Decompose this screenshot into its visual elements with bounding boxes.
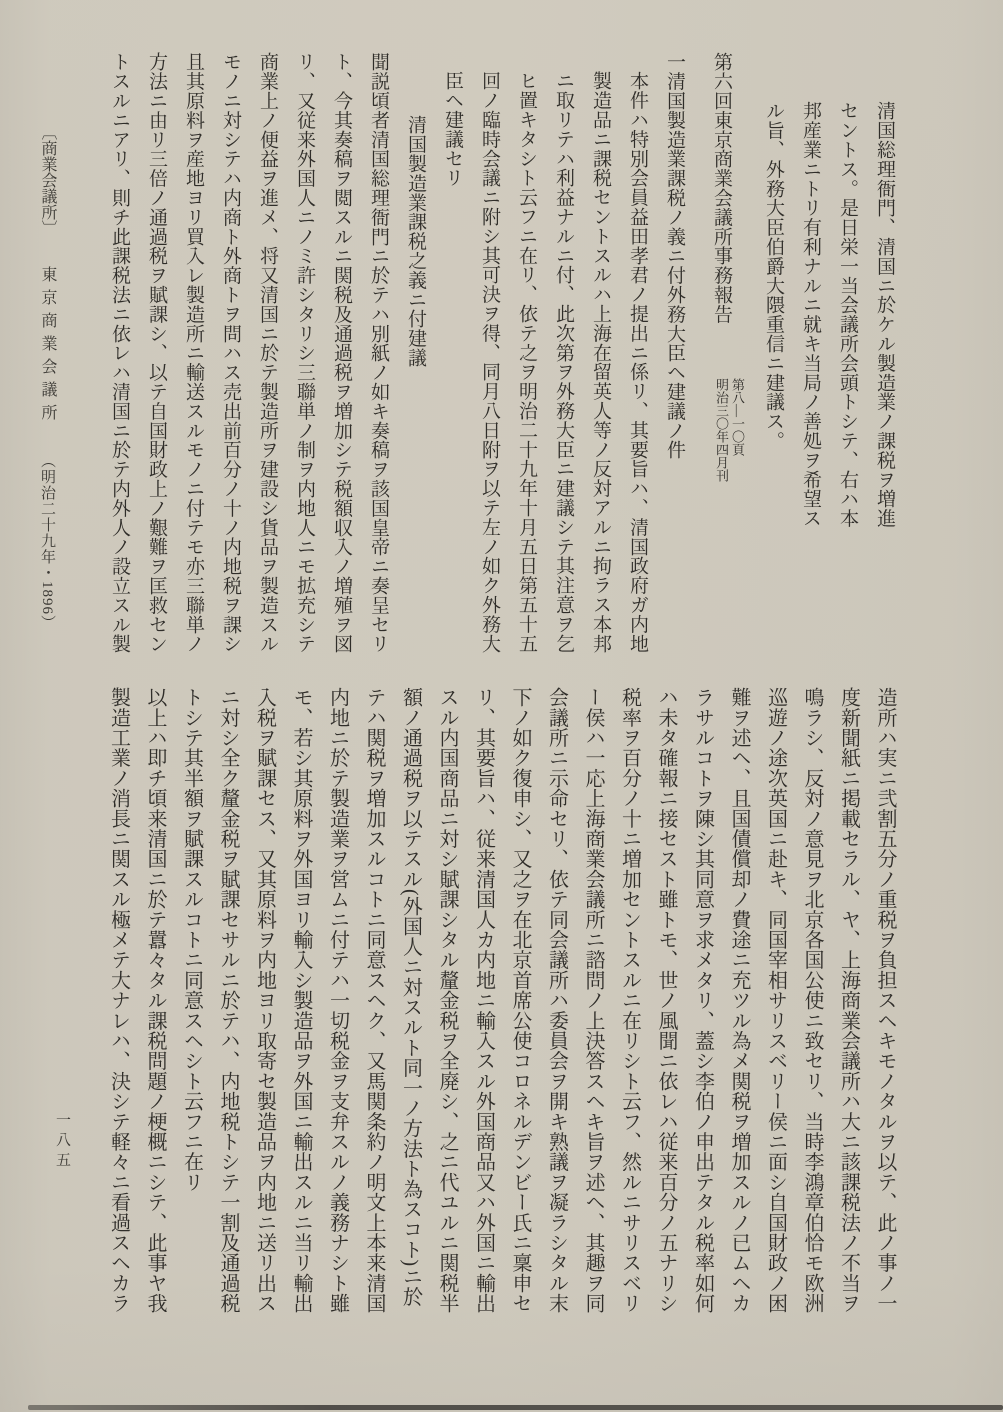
text-column: 邦産業ニトリ有利ナルニ就キ当局ノ善処ヲ希望ス [792, 52, 829, 653]
text-column: 方法ニ由リ三倍ノ通過税ヲ賦課シ、以テ自国財政上ノ艱難ヲ匡救セン [138, 52, 175, 653]
margin-label-source: 〔商業会議所〕 [39, 124, 56, 236]
text-column: リ、其要旨ハ、従来清国人カ内地ニ輸入スル外国商品又ハ外国ニ輸出 [465, 687, 502, 1313]
text-column: 造所ハ実ニ弐割五分ノ重税ヲ負担スヘキモノタルヲ以テ、此ノ事ノ一 [867, 687, 904, 1313]
text-column: 度新聞紙ニ掲載セラル、ヤ、上海商業会議所ハ大ニ該課税法ノ不当ヲ [830, 687, 867, 1313]
text-column: ニ取リテハ利益ナルニ付、此次第ヲ外務大臣ニ建議シテ其注意ヲ乞 [545, 52, 582, 653]
text-column: 且其原料ヲ産地ヨリ買入レ製造所ニ輸送スルモノニ付テモ亦三聯単ノ [175, 52, 212, 653]
text-column: 商業上ノ便益ヲ進メ、将又清国ニ於テ製造所ヲ建設シ貨品ヲ製造スル [249, 52, 286, 653]
text-column: 一清国製造業課税ノ義ニ付外務大臣ヘ建議ノ件 [656, 52, 693, 653]
text-column: 回ノ臨時会議ニ附シ其可決ヲ得、同月八日附ヲ以テ左ノ如ク外務大 [471, 52, 508, 653]
text-column: 巡遊ノ途次英国ニ赴キ、同国宰相サリスベリー侯ニ面シ自国財政ノ困 [757, 687, 794, 1313]
text-column: テハ関税ヲ増加スルコトニ同意スヘク、又馬関条約ノ明文上本来清国 [356, 687, 393, 1313]
margin-label-organization: 東京商業会議所 [39, 266, 56, 427]
text-column: トスルニアリ、則チ此課税法ニ依レハ清国ニ於テ内外人ノ設立スル製 [101, 52, 138, 653]
page-number: 一八五 [52, 1112, 73, 1172]
text-column: リ、又従来外国人ニノミ許シタリシ三聯単ノ制ヲ内地人ニモ拡充シテ [286, 52, 323, 653]
top-text-block: 清国総理衙門、清国ニ於ケル製造業ノ課税ヲ増進セントス。是日栄一当会議所会頭トシテ… [101, 52, 903, 653]
text-column: 難ヲ述ヘ、且国債償却ノ費途ニ充ツル為メ関税ヲ増加スルノ已ムヘカ [721, 687, 758, 1313]
text-column: ラサルコトヲ陳シ其同意ヲ求メタリ、蓋シ李伯ノ申出テタル税率如何 [684, 687, 721, 1313]
text-column: 製造品ニ課税セントスルハ上海在留英人等ノ反対アルニ拘ラス本邦 [582, 52, 619, 653]
publication-note: 第八―一〇頁明治三〇年四月刊 [713, 378, 745, 482]
bottom-text-block: 造所ハ実ニ弐割五分ノ重税ヲ負担スヘキモノタルヲ以テ、此ノ事ノ一度新聞紙ニ掲載セラ… [100, 687, 903, 1313]
text-column: 第六回東京商業会議所事務報告第八―一〇頁明治三〇年四月刊 [703, 52, 745, 653]
text-column: 本件ハ特別会員益田孝君ノ提出ニ係リ、其要旨ハ、清国政府ガ内地 [619, 52, 656, 653]
margin-label: 〔商業会議所〕東京商業会議所（明治二十九年・1896） [36, 124, 59, 631]
text-column: 会議所ニ示命セリ、依テ同会議所ハ委員会ヲ開キ熟議ヲ凝ラシタル末 [538, 687, 575, 1313]
text-column: 額ノ通過税ヲ以テスル(外国人ニ対スルト同一ノ方法ト為スコト)ニ於 [392, 687, 429, 1313]
text-column: トシテ其半額ヲ賦課スルコトニ同意スヘシト云フニ在リ [173, 687, 210, 1313]
text-column: 鳴ラシ、反対ノ意見ヲ北京各国公使ニ致セリ、当時李鴻章伯恰モ欧洲 [794, 687, 831, 1313]
scan-bottom-edge [28, 1405, 1003, 1410]
publication-note-line: 第八―一〇頁 [729, 378, 745, 482]
margin-label-year: （明治二十九年・1896） [39, 453, 55, 631]
publication-note-line: 明治三〇年四月刊 [713, 378, 729, 482]
text-column: 以上ハ即チ頃来清国ニ於テ囂々タル課税問題ノ梗概ニシテ、此事ヤ我 [137, 687, 174, 1313]
text-column: 製造工業ノ消長ニ関スル極メテ大ナレハ、決シテ軽々ニ看過スヘカラ [100, 687, 137, 1313]
text-column: ー侯ハ一応上海商業会議所ニ諮問ノ上決答スヘキ旨ヲ述ヘ、其趣ヲ同 [575, 687, 612, 1313]
scanned-document-page: 清国総理衙門、清国ニ於ケル製造業ノ課税ヲ増進セントス。是日栄一当会議所会頭トシテ… [0, 0, 1003, 1412]
text-column: スル内国商品ニ対シ賦課シタル釐金税ヲ全廃シ、之ニ代ユルニ関税半 [429, 687, 466, 1313]
text-column: 清国製造業課税之義ニ付建議 [397, 52, 434, 653]
text-column: ヒ置キタシト云フニ在リ、依テ之ヲ明治二十九年十月五日第五十五 [508, 52, 545, 653]
text-column: ハ未タ確報ニ接セスト雖トモ、世ノ風聞ニ依レハ従来百分ノ五ナリシ [648, 687, 685, 1313]
text-column: 内地ニ於テ製造業ヲ営ムニ付テハ一切税金ヲ支弁スルノ義務ナシト雖 [319, 687, 356, 1313]
text-column: ル旨、外務大臣伯爵大隈重信ニ建議ス。 [755, 52, 792, 653]
text-column: モ、若シ其原料ヲ外国ヨリ輸入シ製造品ヲ外国ニ輸出スルニ当リ輸出 [283, 687, 320, 1313]
text-column: モノニ対シテハ内商ト外商トヲ問ハス売出前百分ノ十ノ内地税ヲ課シ [212, 52, 249, 653]
text-column: ト、今其奏稿ヲ閲スルニ関税及通過税ヲ増加シテ税額収入ノ増殖ヲ図 [323, 52, 360, 653]
text-column: セントス。是日栄一当会議所会頭トシテ、右ハ本 [829, 52, 866, 653]
text-column: ニ対シ全ク釐金税ヲ賦課セサルニ於テハ、内地税トシテ一割及通過税 [210, 687, 247, 1313]
text-column: 清国総理衙門、清国ニ於ケル製造業ノ課税ヲ増進 [866, 52, 903, 653]
text-column: 下ノ如ク復申シ、又之ヲ在北京首席公使コロネルデンビー氏ニ稟申セ [502, 687, 539, 1313]
text-column: 臣ヘ建議セリ [434, 52, 471, 653]
text-column: 税率ヲ百分ノ十ニ増加セントスルニ在リシト云フ、然ルニサリスベリ [611, 687, 648, 1313]
text-column: 聞説頃者清国総理衙門ニ於テハ別紙ノ如キ奏稿ヲ該国皇帝ニ奏呈セリ [360, 52, 397, 653]
text-column: 入税ヲ賦課セス、又其原料ヲ内地ヨリ取寄セ製造品ヲ内地ニ送リ出ス [246, 687, 283, 1313]
